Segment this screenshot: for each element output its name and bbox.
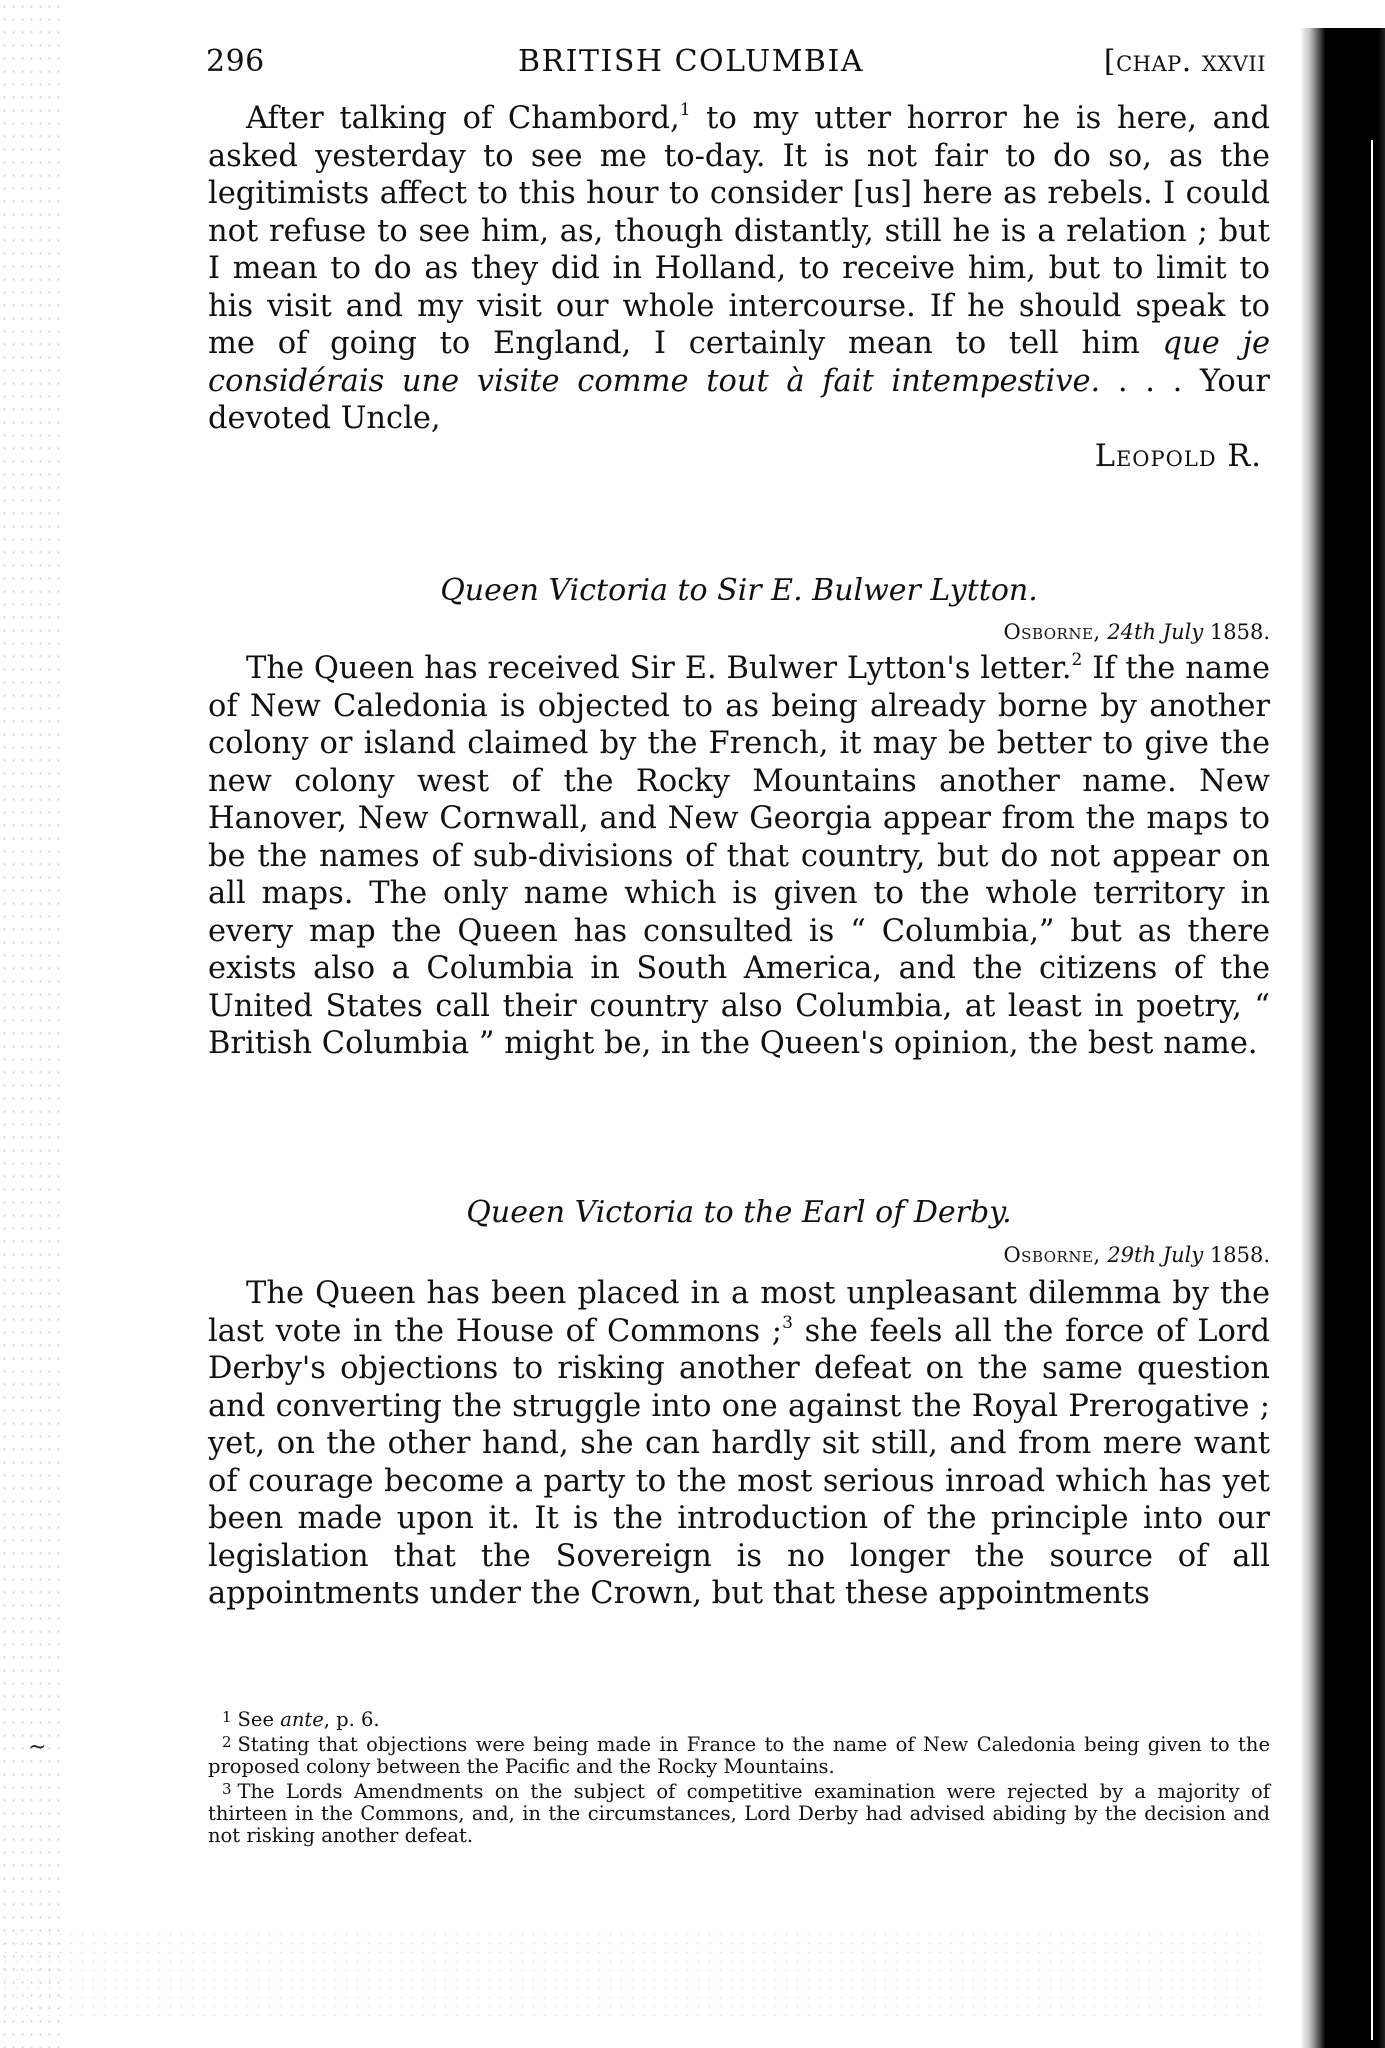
footnote-2: 2Stating that objections were being made… <box>208 1731 1270 1778</box>
dateline-month: July <box>1163 1243 1204 1267</box>
dateline-place: Osborne, <box>1003 620 1100 644</box>
text-run: After talking of Chambord, <box>246 101 680 136</box>
page-number: 296 <box>206 44 265 79</box>
dateline-day: 29th <box>1107 1243 1156 1267</box>
continuation-paragraph: After talking of Chambord,1 to my utter … <box>208 100 1270 438</box>
dateline-day: 24th <box>1107 620 1156 644</box>
footnote-text: Stating that objections were being made … <box>208 1733 1270 1778</box>
footnotes: 1See ante, p. 6. 2Stating that objection… <box>208 1706 1270 1847</box>
footnote-ref-3[interactable]: 3 <box>782 1313 793 1333</box>
dateline-year: 1858. <box>1210 1243 1270 1267</box>
footnote-number: 2 <box>222 1733 232 1751</box>
text-run: to my utter horror he is here, and asked… <box>208 101 1270 361</box>
footnote-ref-2[interactable]: 2 <box>1072 650 1083 670</box>
dateline-year: 1858. <box>1210 620 1270 644</box>
running-head: 296 BRITISH COLUMBIA [chap. xxvii <box>206 44 1266 84</box>
text-run: she feels all the force of Lord Derby's … <box>208 1314 1270 1612</box>
footnote-3: 3The Lords Amendments on the subject of … <box>208 1778 1270 1847</box>
dateline-place: Osborne, <box>1003 1243 1100 1267</box>
continuation-letter: After talking of Chambord,1 to my utter … <box>208 100 1270 475</box>
letter-heading-2: Queen Victoria to the Earl of Derby. <box>208 1195 1270 1230</box>
text-run: The Queen has received Sir E. Bulwer Lyt… <box>246 651 1072 686</box>
dateline-month: July <box>1163 620 1204 644</box>
dateline-2: Osborne, 29th July 1858. <box>1003 1243 1270 1267</box>
letter-paragraph: The Queen has received Sir E. Bulwer Lyt… <box>208 650 1270 1063</box>
book-page: 296 BRITISH COLUMBIA [chap. xxvii After … <box>0 0 1385 2048</box>
footnote-text: The Lords Amendments on the subject of c… <box>208 1780 1270 1847</box>
footnote-ref-1[interactable]: 1 <box>680 100 691 120</box>
letter-body-1: The Queen has received Sir E. Bulwer Lyt… <box>208 650 1270 1063</box>
letter-heading-text: Queen Victoria to the Earl of Derby. <box>466 1195 1011 1230</box>
footnote-text: See <box>238 1708 281 1731</box>
footnote-italic: ante <box>280 1708 324 1731</box>
letter-paragraph: The Queen has been placed in a most unpl… <box>208 1275 1270 1613</box>
chapter-label: [chap. xxvii <box>1104 44 1266 79</box>
dateline-1: Osborne, 24th July 1858. <box>1003 620 1270 644</box>
footnote-1: 1See ante, p. 6. <box>208 1706 1270 1731</box>
running-title: BRITISH COLUMBIA <box>518 44 864 79</box>
letter-heading-text: Queen Victoria to Sir E. Bulwer Lytton. <box>440 573 1038 608</box>
letter-body-2: The Queen has been placed in a most unpl… <box>208 1275 1270 1613</box>
binding-edge-line <box>1371 140 1373 2040</box>
scan-noise-bottom <box>0 1930 1260 2020</box>
stray-pencil-mark: ~ <box>28 1735 46 1760</box>
footnote-text: , p. 6. <box>324 1708 380 1731</box>
signature: Leopold R. <box>208 438 1270 476</box>
footnote-number: 1 <box>222 1708 232 1726</box>
footnote-number: 3 <box>222 1780 232 1798</box>
letter-heading-1: Queen Victoria to Sir E. Bulwer Lytton. <box>208 573 1270 608</box>
text-run: If the name of New Caledonia is objected… <box>208 651 1270 1061</box>
